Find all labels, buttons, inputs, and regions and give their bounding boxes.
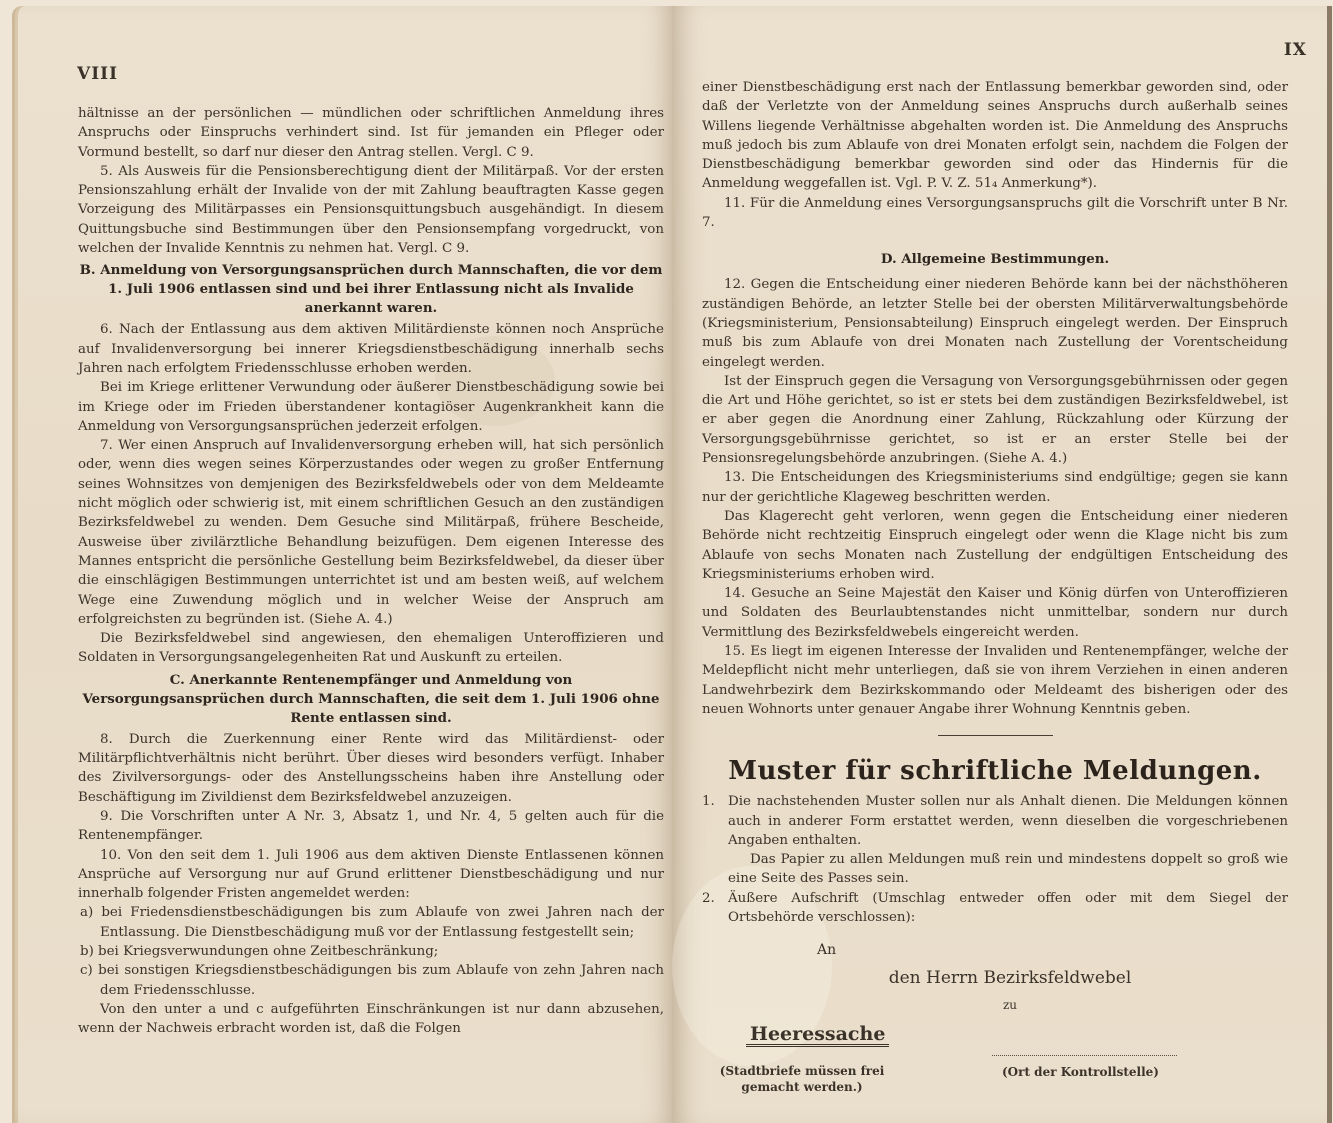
paragraph-6: 6. Nach der Entlassung aus dem aktiven M… xyxy=(78,320,664,378)
paragraph-5: 5. Als Ausweis für die Pensionsberechtig… xyxy=(78,162,664,258)
left-page: VIII hältnisse an der persönlichen — mün… xyxy=(12,6,675,1123)
item-number: 2. xyxy=(702,889,728,928)
paragraph-6b: Bei im Kriege erlittener Verwundung oder… xyxy=(78,378,664,436)
paragraph-10b: b) bei Kriegsverwundungen ohne Zeitbesch… xyxy=(78,942,664,961)
paragraph-10a: a) bei Friedensdienstbeschädigungen bis … xyxy=(78,903,664,942)
paragraph-15: 15. Es liegt im eigenen Interesse der In… xyxy=(702,642,1288,719)
paragraph-8: 8. Durch die Zuerkennung einer Rente wir… xyxy=(78,730,664,807)
address-bottom: Heeressache (Stadtbriefe müssen frei gem… xyxy=(702,1025,1288,1115)
muster-title: Muster für schriftliche Meldungen. xyxy=(702,754,1288,788)
right-page: IX einer Dienstbeschädigung erst nach de… xyxy=(672,6,1332,1123)
paragraph-continuation: hältnisse an der persönlichen — mündlich… xyxy=(78,104,664,162)
ort-label: (Ort der Kontrollstelle) xyxy=(1002,1063,1159,1082)
paragraph-10c: c) bei sonstigen Kriegsdienstbeschädigun… xyxy=(78,961,664,1000)
left-page-text: hältnisse an der persönlichen — mündlich… xyxy=(78,104,664,1038)
book-spread: VIII hältnisse an der persönlichen — mün… xyxy=(0,0,1333,1123)
muster-item-2: 2. Äußere Aufschrift (Umschlag entweder … xyxy=(702,889,1288,928)
paragraph-7b: Die Bezirksfeldwebel sind angewiesen, de… xyxy=(78,629,664,668)
page-number-right: IX xyxy=(1284,40,1307,60)
paragraph-10: 10. Von den seit dem 1. Juli 1906 aus de… xyxy=(78,846,664,904)
paragraph-12: 12. Gegen die Entscheidung einer niedere… xyxy=(702,275,1288,371)
paragraph-14: 14. Gesuche an Seine Majestät den Kaiser… xyxy=(702,584,1288,642)
paragraph-13: 13. Die Entscheidungen des Kriegsministe… xyxy=(702,468,1288,507)
muster-item-1b-text: Das Papier zu allen Meldungen muß rein u… xyxy=(728,850,1288,889)
address-recipient: den Herrn Bezirksfeldwebel xyxy=(702,969,1288,988)
paragraph-10d: Von den unter a und c aufgeführten Einsc… xyxy=(78,1000,664,1039)
heeressache-label: Heeressache xyxy=(746,1025,889,1047)
section-divider xyxy=(938,735,1053,736)
ort-dotted-line xyxy=(992,1055,1177,1056)
page-number-left: VIII xyxy=(77,64,118,84)
muster-item-2-text: Äußere Aufschrift (Umschlag entweder off… xyxy=(728,889,1288,928)
section-heading-d: D. Allgemeine Bestimmungen. xyxy=(702,250,1288,269)
paragraph-7: 7. Wer einen Anspruch auf Invalidenverso… xyxy=(78,436,664,629)
address-an: An xyxy=(817,941,1288,960)
section-heading-b: B. Anmeldung von Versorgungsansprüchen d… xyxy=(78,261,664,318)
item-number: 1. xyxy=(702,792,728,888)
muster-item-1: 1. Die nachstehenden Muster sollen nur a… xyxy=(702,792,1288,888)
muster-item-1-text: Die nachstehenden Muster sollen nur als … xyxy=(728,792,1288,850)
paragraph-12b: Ist der Einspruch gegen die Versagung vo… xyxy=(702,372,1288,468)
paragraph-11: 11. Für die Anmeldung eines Versorgungsa… xyxy=(702,194,1288,233)
address-zu: zu xyxy=(702,996,1288,1015)
paragraph-13b: Das Klagerecht geht verloren, wenn gegen… xyxy=(702,507,1288,584)
paragraph-9: 9. Die Vorschriften unter A Nr. 3, Absat… xyxy=(78,807,664,846)
paragraph-continuation: einer Dienstbeschädigung erst nach der E… xyxy=(702,78,1288,194)
section-heading-c: C. Anerkannte Rentenempfänger und Anmeld… xyxy=(78,671,664,728)
right-page-text: einer Dienstbeschädigung erst nach der E… xyxy=(702,78,1288,1115)
stadtbriefe-note: (Stadtbriefe müssen frei gemacht werden.… xyxy=(702,1063,902,1095)
